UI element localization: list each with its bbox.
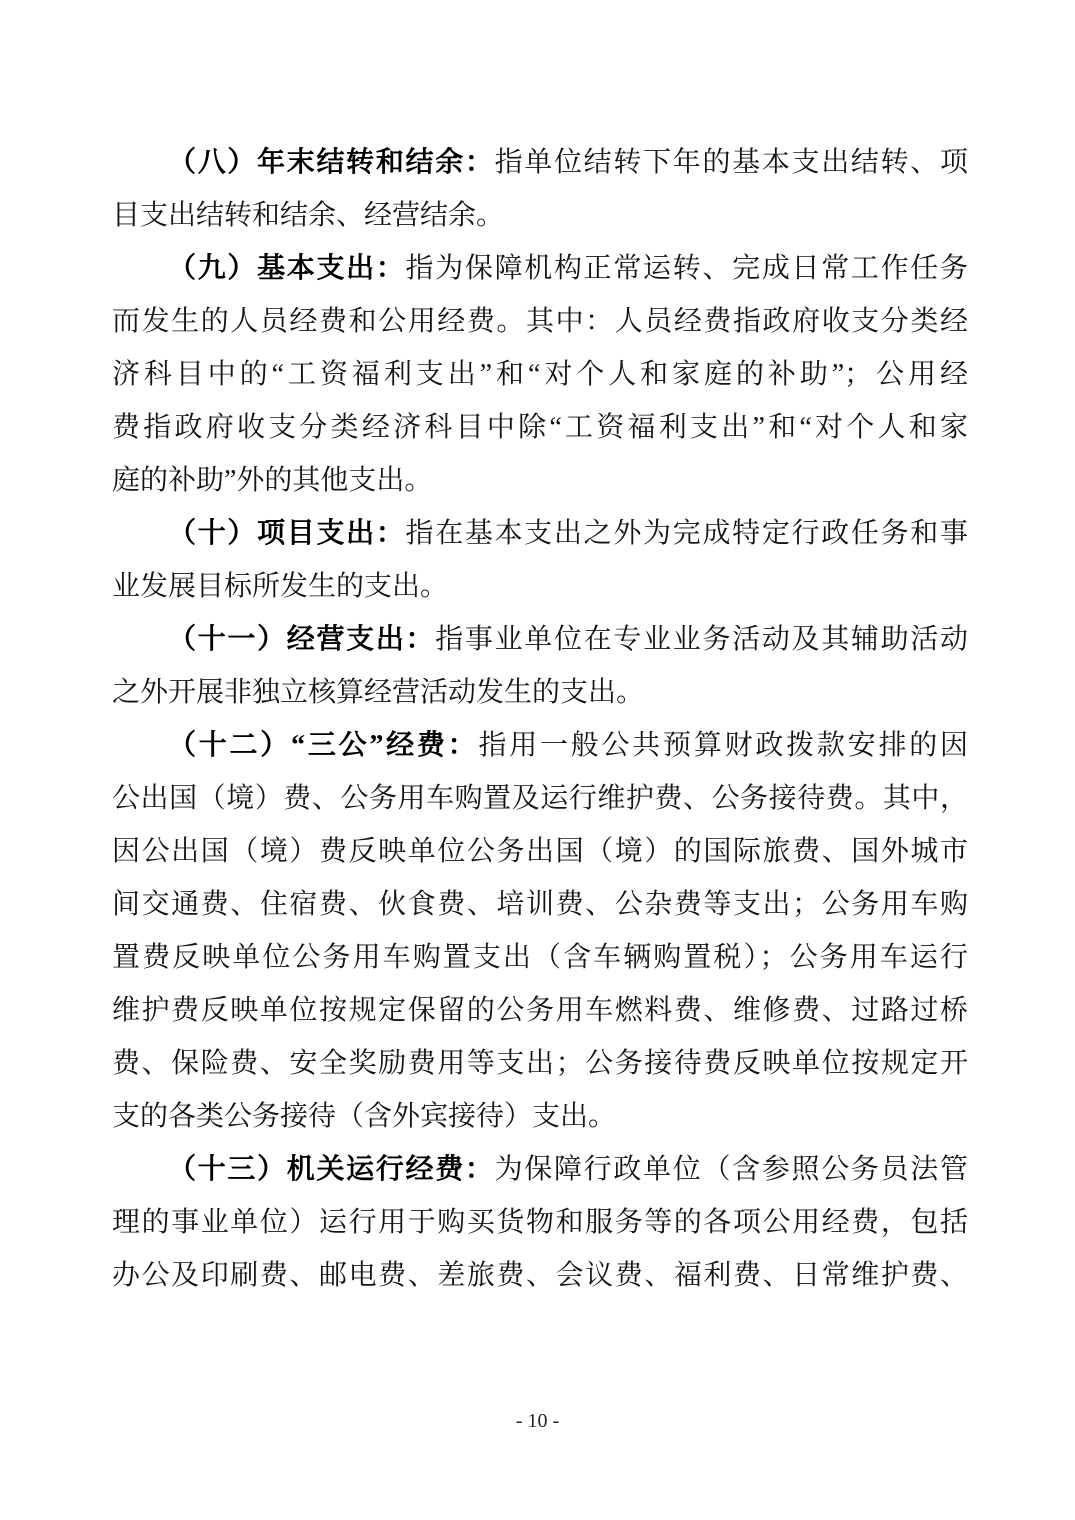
body-text: 济科目中的“工资福利支出”和“对个人和家庭的补助”；公用经 <box>112 359 968 390</box>
body-text: 支的各类公务接待（含外宾接待）支出。 <box>112 1101 616 1132</box>
body-text: 为保障行政单位（含参照公务员法管 <box>495 1154 968 1185</box>
text-line: 业发展目标所发生的支出。 <box>112 560 968 613</box>
body-text: 指为保障机构正常运转、完成日常工作任务 <box>406 253 968 284</box>
document-content: （八）年末结转和结余：指单位结转下年的基本支出结转、项目支出结转和结余、经营结余… <box>112 136 968 1302</box>
text-line: 维护费反映单位按规定保留的公务用车燃料费、维修费、过路过桥 <box>112 984 968 1037</box>
body-text: 维护费反映单位按规定保留的公务用车燃料费、维修费、过路过桥 <box>112 995 968 1026</box>
body-text: 之外开展非独立核算经营活动发生的支出。 <box>112 677 644 708</box>
text-line: 目支出结转和结余、经营结余。 <box>112 189 968 242</box>
body-text: 因公出国（境）费反映单位公务出国（境）的国际旅费、国外城市 <box>112 836 968 867</box>
term-text: （十一）经营支出： <box>168 624 435 655</box>
body-text: 理的事业单位）运行用于购买货物和服务等的各项公用经费，包括 <box>112 1207 968 1238</box>
body-text: 指单位结转下年的基本支出结转、项 <box>495 147 968 178</box>
text-line: 而发生的人员经费和公用经费。其中：人员经费指政府收支分类经 <box>112 295 968 348</box>
body-text: 置费反映单位公务用车购置支出（含车辆购置税）；公务用车运行 <box>112 942 968 973</box>
body-text: 指用一般公共预算财政拨款安排的因 <box>478 730 968 761</box>
body-text: 费、保险费、安全奖励费用等支出；公务接待费反映单位按规定开 <box>112 1048 968 1079</box>
body-text: 费指政府收支分类经济科目中除“工资福利支出”和“对个人和家 <box>112 412 968 443</box>
term-text: （十二）“三公”经费： <box>168 730 478 761</box>
text-line: 理的事业单位）运行用于购买货物和服务等的各项公用经费，包括 <box>112 1196 968 1249</box>
body-text: 业发展目标所发生的支出。 <box>112 571 448 602</box>
term-text: （十三）机关运行经费： <box>168 1154 495 1185</box>
document-page: （八）年末结转和结余：指单位结转下年的基本支出结转、项目支出结转和结余、经营结余… <box>0 0 1075 1520</box>
body-text: 间交通费、住宿费、伙食费、培训费、公杂费等支出；公务用车购 <box>112 889 968 920</box>
page-footer: - 10 - <box>0 1408 1075 1434</box>
text-line: （十）项目支出：指在基本支出之外为完成特定行政任务和事 <box>112 507 968 560</box>
text-line: 之外开展非独立核算经营活动发生的支出。 <box>112 666 968 719</box>
text-line: 办公及印刷费、邮电费、差旅费、会议费、福利费、日常维护费、 <box>112 1249 968 1302</box>
text-line: 费、保险费、安全奖励费用等支出；公务接待费反映单位按规定开 <box>112 1037 968 1090</box>
text-line: 因公出国（境）费反映单位公务出国（境）的国际旅费、国外城市 <box>112 825 968 878</box>
term-text: （九）基本支出： <box>168 253 406 284</box>
text-line: 费指政府收支分类经济科目中除“工资福利支出”和“对个人和家 <box>112 401 968 454</box>
body-text: 目支出结转和结余、经营结余。 <box>112 200 504 231</box>
term-text: （十）项目支出： <box>168 518 406 549</box>
text-line: （十一）经营支出：指事业单位在专业业务活动及其辅助活动 <box>112 613 968 666</box>
text-line: 公出国（境）费、公务用车购置及运行维护费、公务接待费。其中， <box>112 772 968 825</box>
page-number: - 10 - <box>516 1410 559 1432</box>
text-line: （十二）“三公”经费：指用一般公共预算财政拨款安排的因 <box>112 719 968 772</box>
text-line: （九）基本支出：指为保障机构正常运转、完成日常工作任务 <box>112 242 968 295</box>
text-line: （十三）机关运行经费：为保障行政单位（含参照公务员法管 <box>112 1143 968 1196</box>
text-line: 间交通费、住宿费、伙食费、培训费、公杂费等支出；公务用车购 <box>112 878 968 931</box>
text-line: （八）年末结转和结余：指单位结转下年的基本支出结转、项 <box>112 136 968 189</box>
term-text: （八）年末结转和结余： <box>168 147 495 178</box>
body-text: 指在基本支出之外为完成特定行政任务和事 <box>406 518 968 549</box>
body-text: 而发生的人员经费和公用经费。其中：人员经费指政府收支分类经 <box>112 306 968 337</box>
text-line: 济科目中的“工资福利支出”和“对个人和家庭的补助”；公用经 <box>112 348 968 401</box>
body-text: 指事业单位在专业业务活动及其辅助活动 <box>435 624 968 655</box>
text-line: 庭的补助”外的其他支出。 <box>112 454 968 507</box>
text-line: 置费反映单位公务用车购置支出（含车辆购置税）；公务用车运行 <box>112 931 968 984</box>
text-line: 支的各类公务接待（含外宾接待）支出。 <box>112 1090 968 1143</box>
body-text: 办公及印刷费、邮电费、差旅费、会议费、福利费、日常维护费、 <box>112 1260 968 1291</box>
body-text: 公出国（境）费、公务用车购置及运行维护费、公务接待费。其中， <box>112 783 968 814</box>
body-text: 庭的补助”外的其他支出。 <box>112 465 432 496</box>
